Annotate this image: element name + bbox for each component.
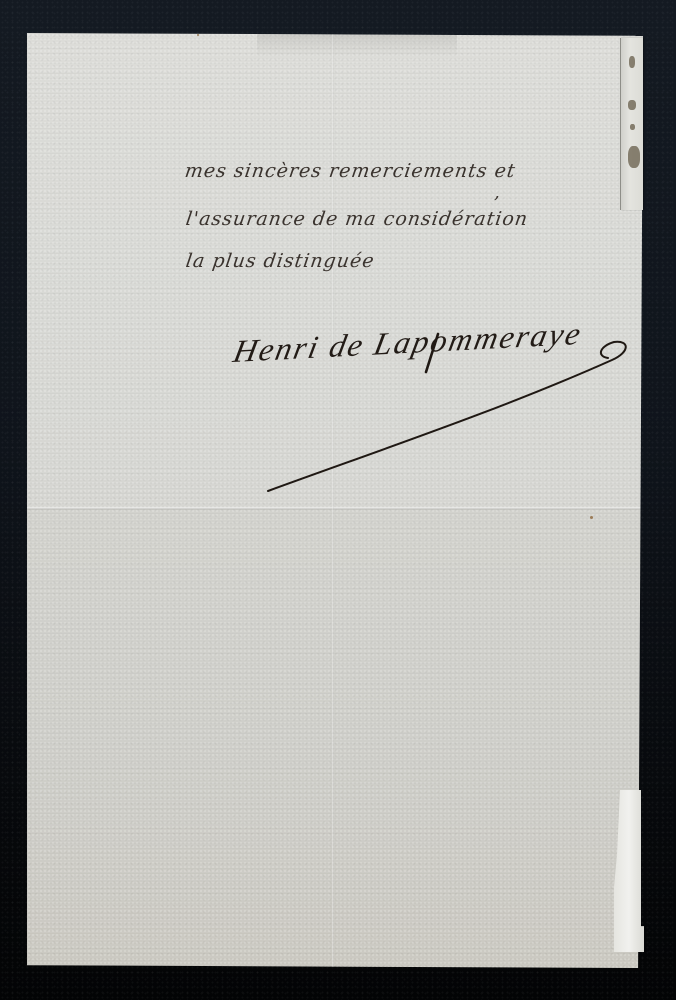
tape-stain — [629, 56, 635, 68]
lower-half-tone — [27, 510, 643, 968]
letter-line-1-comma: , — [494, 182, 500, 203]
tape-stain — [628, 146, 640, 168]
letter-line-1: mes sincères remerciements et — [183, 160, 517, 182]
foxing-spot — [590, 516, 593, 519]
horizontal-fold-line — [27, 507, 643, 510]
letter-line-3: la plus distinguée — [184, 250, 376, 272]
tape-stain — [630, 124, 635, 130]
foxing-spot — [197, 34, 199, 36]
tape-stain — [628, 100, 636, 110]
tape-strip-top-right — [620, 38, 643, 210]
top-shadow — [257, 33, 457, 57]
letter-line-2: l'assurance de ma considération — [184, 208, 529, 230]
